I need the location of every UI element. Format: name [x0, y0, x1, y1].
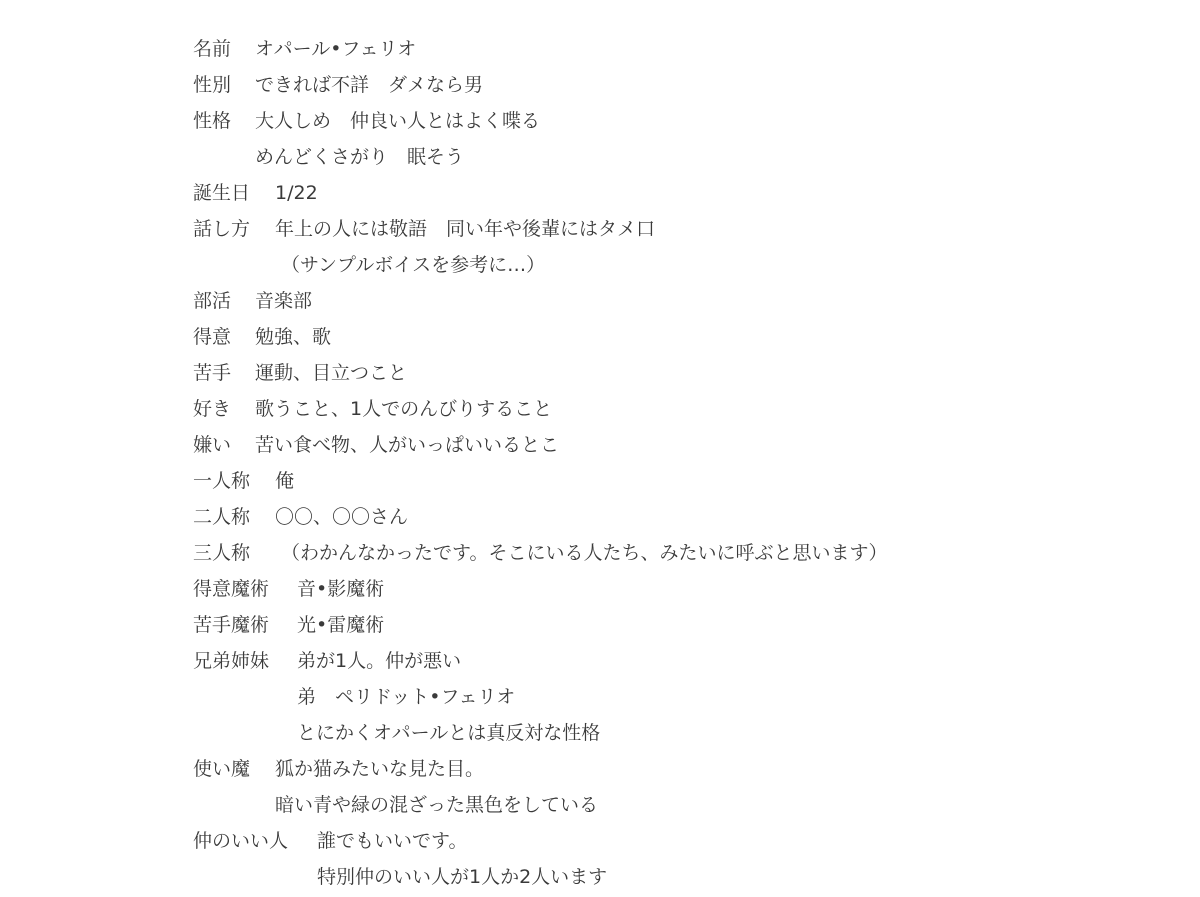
field-value: 年上の人には敬語 同い年や後輩にはタメ口 [275, 212, 655, 246]
profile-line-third-person: 三人称 （わかんなかったです。そこにいる人たち、みたいに呼ぶと思います） [193, 536, 250, 570]
field-label: 性別 [193, 68, 231, 102]
field-value: 狐か猫みたいな見た目。 [275, 752, 484, 786]
field-label: 嫌い [193, 428, 231, 462]
field-value: 俺 [275, 464, 294, 498]
field-value: 光•雷魔術 [297, 608, 384, 642]
field-label: 兄弟姉妹 [193, 644, 269, 678]
profile-line-club: 部活 音楽部 [193, 284, 231, 318]
field-label: 得意 [193, 320, 231, 354]
field-value: （サンプルボイスを参考に…） [281, 248, 545, 282]
field-label: 二人称 [193, 500, 250, 534]
profile-line-gender: 性別 できれば不詳 ダメなら男 [193, 68, 231, 102]
profile-line-bad-magic: 苦手魔術 光•雷魔術 [193, 608, 269, 642]
field-value: オパール•フェリオ [255, 32, 416, 66]
field-value: 〇〇、〇〇さん [275, 500, 408, 534]
profile-line-siblings: 兄弟姉妹 弟が1人。仲が悪い [193, 644, 269, 678]
profile-line-speech: 話し方 年上の人には敬語 同い年や後輩にはタメ口 [193, 212, 250, 246]
profile-line-dislikes: 嫌い 苦い食べ物、人がいっぱいいるとこ [193, 428, 231, 462]
profile-line-likes: 好き 歌うこと、1人でのんびりすること [193, 392, 231, 426]
field-value: 歌うこと、1人でのんびりすること [255, 392, 552, 426]
field-value: 苦い食べ物、人がいっぱいいるとこ [255, 428, 559, 462]
field-label: 三人称 [193, 536, 250, 570]
field-label: 苦手 [193, 356, 231, 390]
field-value: 音•影魔術 [297, 572, 384, 606]
profile-line-personality: 性格 大人しめ 仲良い人とはよく喋る [193, 104, 231, 138]
field-value: 1/22 [275, 176, 318, 210]
field-label: 部活 [193, 284, 231, 318]
field-label: 一人称 [193, 464, 250, 498]
field-value: 勉強、歌 [255, 320, 331, 354]
field-value: できれば不詳 ダメなら男 [255, 68, 483, 102]
field-value: めんどくさがり 眠そう [255, 140, 464, 174]
field-label: 誕生日 [193, 176, 250, 210]
profile-line-friends: 仲のいい人 誰でもいいです。 [193, 824, 288, 858]
field-label: 好き [193, 392, 231, 426]
field-label: 得意魔術 [193, 572, 269, 606]
profile-line-familiar: 使い魔 狐か猫みたいな見た目。 [193, 752, 250, 786]
field-label: 使い魔 [193, 752, 250, 786]
profile-line-first-person: 一人称 俺 [193, 464, 250, 498]
profile-line-good-magic: 得意魔術 音•影魔術 [193, 572, 269, 606]
profile-line-name: 名前 オパール•フェリオ [193, 32, 231, 66]
field-value: 弟 ペリドット•フェリオ [297, 680, 515, 714]
field-label: 性格 [193, 104, 231, 138]
field-value: とにかくオパールとは真反対な性格 [297, 716, 600, 750]
field-value: 大人しめ 仲良い人とはよく喋る [255, 104, 540, 138]
field-label: 苦手魔術 [193, 608, 269, 642]
field-value: 音楽部 [255, 284, 312, 318]
field-value: （わかんなかったです。そこにいる人たち、みたいに呼ぶと思います） [281, 536, 887, 570]
profile-line-weaknesses: 苦手 運動、目立つこと [193, 356, 231, 390]
profile-line-second-person: 二人称 〇〇、〇〇さん [193, 500, 250, 534]
profile-line-strengths: 得意 勉強、歌 [193, 320, 231, 354]
field-value: 誰でもいいです。 [317, 824, 467, 858]
profile-line-birthday: 誕生日 1/22 [193, 176, 250, 210]
field-value: 運動、目立つこと [255, 356, 407, 390]
field-label: 名前 [193, 32, 231, 66]
field-value: 特別仲のいい人が1人か2人います [317, 860, 607, 894]
field-value: 暗い青や緑の混ざった黒色をしている [275, 788, 598, 822]
field-label: 仲のいい人 [193, 824, 288, 858]
field-label: 話し方 [193, 212, 250, 246]
field-value: 弟が1人。仲が悪い [297, 644, 461, 678]
